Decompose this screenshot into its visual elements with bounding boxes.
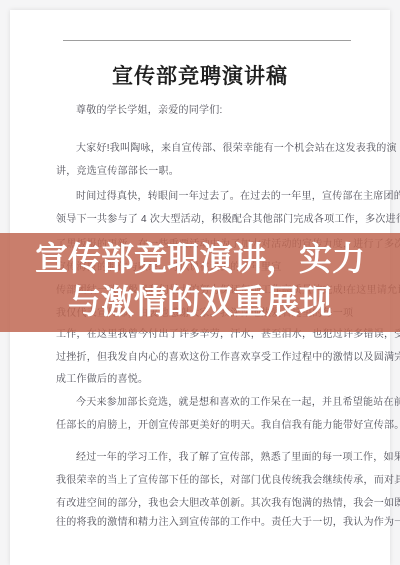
document-line: 领导下一共参与了 4 次大型活动，积极配合其他部门完成各项工作，多次进行 <box>56 213 350 226</box>
document-line: 任部长的肩膀上，开创宣传部更美好的明天。我自信我有能力能带好宣传部。 <box>56 419 350 432</box>
document-line: 有改进空间的部分，我也会大胆改革创新。其次我有饱满的热情，我会一如既 <box>56 497 350 510</box>
document-page: 宣传部竞聘演讲稿 尊敬的学长学姐，亲爱的同学们: 大家好!我叫陶咏，来自宣传部、… <box>10 10 390 565</box>
document-line: 过挫折，但我发自内心的喜欢这份工作喜欢享受工作过程中的激情以及圆满完 <box>56 351 350 364</box>
overlay-headline: 宣传部竞职演讲，实力 与激情的双重展现 <box>0 237 400 323</box>
document-line: 我很荣幸的当上了宣传部下任的部长，对部门优良传统我会继续传承，而对具 <box>56 474 350 487</box>
overlay-headline-line1: 宣传部竞职演讲，实力 <box>0 237 400 280</box>
document-line: 成工作做后的喜悦。 <box>56 373 350 386</box>
title-divider <box>63 40 351 41</box>
document-line: 讲，竞选宣传部部长一职。 <box>56 165 350 178</box>
document-line: 时间过得真快，转眼间一年过去了。在过去的一年里，宣传部在主席团的 <box>56 190 350 203</box>
overlay-headline-line2: 与激情的双重展现 <box>0 280 400 323</box>
document-title: 宣传部竞聘演讲稿 <box>10 60 390 90</box>
document-line: 尊敬的学长学姐，亲爱的同学们: <box>56 104 350 117</box>
app-background: 宣传部竞聘演讲稿 尊敬的学长学姐，亲爱的同学们: 大家好!我叫陶咏，来自宣传部、… <box>0 0 400 565</box>
document-line: 经过一年的学习工作，我了解了宣传部，熟悉了里面的每一项工作，如果 <box>56 451 350 464</box>
document-line: 大家好!我叫陶咏，来自宣传部、很荣幸能有一个机会站在这发表我的演 <box>56 142 350 155</box>
document-line: 今天来参加部长竞选，就是想和喜欢的工作呆在一起，并且希望能站在前几 <box>56 396 350 409</box>
document-line: 往的将我的激情和精力注入到宣传部的工作中。责任大于一切，我认为作为一 <box>56 516 350 529</box>
